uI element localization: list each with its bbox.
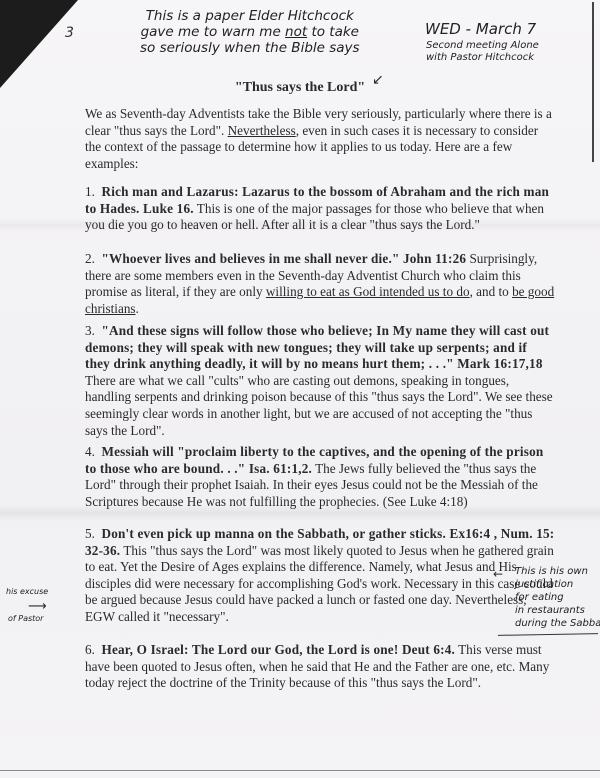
item-number: 5. (85, 526, 95, 541)
note-line: This is a paper Elder Hitchcock (140, 8, 360, 24)
intro-paragraph: We as Seventh-day Adventists take the Bi… (85, 106, 555, 172)
note-underlined: not (285, 24, 307, 40)
item-number: 1. (85, 184, 95, 199)
note-line: justification (515, 578, 600, 591)
page-corner-shadow (0, 0, 78, 88)
note-line: Second meeting Alone (426, 40, 539, 52)
example-item-6: 6. Hear, O Israel: The Lord our God, the… (85, 642, 555, 692)
handwritten-top-note: This is a paper Elder Hitchcock gave me … (140, 8, 360, 56)
example-item-5: 5. Don't even pick up manna on the Sabba… (85, 526, 555, 626)
item-text: . (136, 301, 139, 316)
note-line: in restaurants (515, 604, 600, 617)
handwritten-date: WED - March 7 (425, 22, 536, 37)
note-line: during the Sabbath (515, 617, 600, 630)
note-line: gave me to warn me not to take (140, 24, 360, 40)
note-line: with Pastor Hitchcock (426, 52, 539, 64)
underlined-text: Nevertheless (228, 123, 296, 138)
note-text: to take (307, 24, 359, 40)
example-item-1: 1. Rich man and Lazarus: Lazarus to the … (85, 184, 555, 234)
handwritten-right-note: This is his own justification for eating… (515, 565, 600, 630)
item-number: 6. (85, 642, 95, 657)
arrow-left-icon: ← (493, 567, 503, 581)
note-text: gave me to warn me (141, 24, 285, 40)
note-line: This is his own (515, 565, 600, 578)
page-number: 3 (65, 25, 74, 41)
item-text: There are what we call "cults" who are c… (85, 373, 553, 438)
page-bottom-edge (0, 770, 600, 771)
item-heading: "And these signs will follow those who b… (85, 323, 549, 371)
handwritten-left-note: his excuse (6, 588, 48, 596)
handwritten-meeting-note: Second meeting Alone with Pastor Hitchco… (426, 40, 539, 64)
example-item-3: 3. "And these signs will follow those wh… (85, 323, 555, 439)
item-number: 2. (85, 251, 95, 266)
item-text: , and to (470, 284, 513, 299)
example-item-4: 4. Messiah will "proclaim liberty to the… (85, 444, 555, 510)
document-title: "Thus says the Lord" (0, 80, 600, 96)
underlined-text: willing to eat as God intended us to do (266, 284, 470, 299)
handwritten-left-note: of Pastor (8, 615, 43, 623)
item-text: This "thus says the Lord" was most likel… (85, 543, 554, 624)
note-line: for eating (515, 591, 600, 604)
item-number: 4. (85, 444, 95, 459)
arrow-right-icon: ⟶ (28, 599, 47, 614)
item-heading: "Whoever lives and believes in me shall … (101, 251, 466, 266)
item-heading: Hear, O Israel: The Lord our God, the Lo… (101, 642, 455, 657)
example-item-2: 2. "Whoever lives and believes in me sha… (85, 251, 555, 317)
note-line: so seriously when the Bible says (140, 40, 360, 56)
item-number: 3. (85, 323, 95, 338)
arrow-icon: ↙ (372, 72, 384, 88)
